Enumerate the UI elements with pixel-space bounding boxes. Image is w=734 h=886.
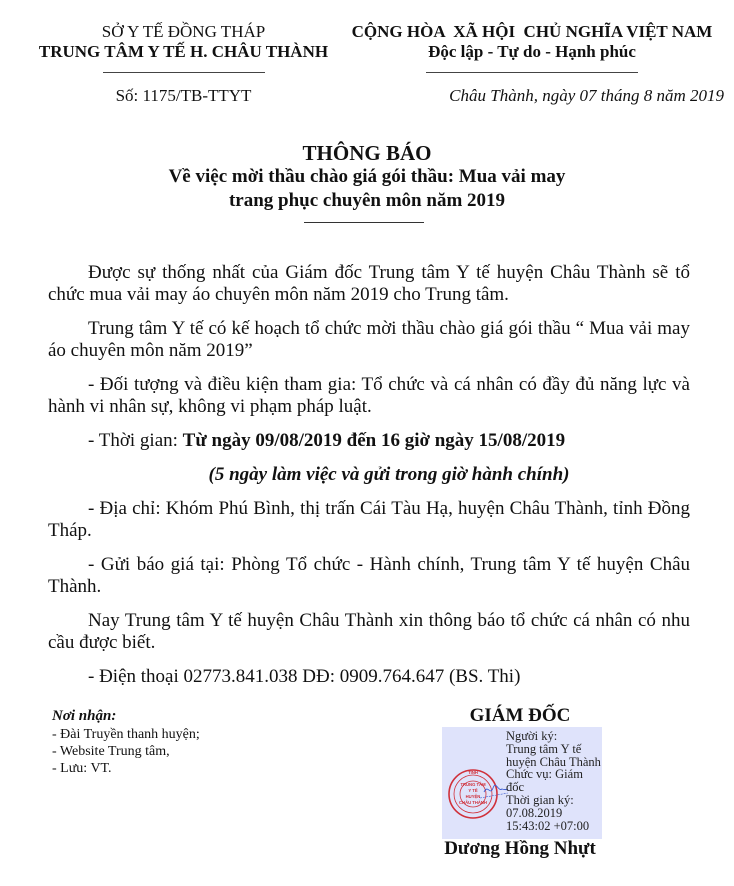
sign-time: 15:43:02 +07:00 bbox=[506, 820, 602, 833]
signer-title: GIÁM ĐỐC bbox=[420, 705, 620, 727]
issuing-agency-header: SỞ Y TẾ ĐỒNG THÁP TRUNG TÂM Y TẾ H. CHÂU… bbox=[0, 22, 367, 73]
position-line: Chức vụ: Giám đốc bbox=[506, 768, 602, 794]
document-date: Châu Thành, ngày 07 tháng 8 năm 2019 bbox=[430, 86, 724, 106]
document-subtitle-line1: Về việc mời thầu chào giá gói thầu: Mua … bbox=[0, 165, 734, 189]
document-number: Số: 1175/TB-TTYT bbox=[0, 86, 367, 106]
time-note: (5 ngày làm việc và gửi trong giờ hành c… bbox=[48, 464, 690, 486]
time-paragraph: - Thời gian: Từ ngày 09/08/2019 đến 16 g… bbox=[48, 430, 690, 452]
document-subtitle-line2: trang phục chuyên môn năm 2019 bbox=[0, 189, 734, 213]
header-divider bbox=[103, 72, 265, 73]
time-value: Từ ngày 09/08/2019 đến 16 giờ ngày 15/08… bbox=[183, 430, 565, 451]
sign-date: 07.08.2019 bbox=[506, 807, 602, 820]
document-title-block: THÔNG BÁO Về việc mời thầu chào giá gói … bbox=[0, 141, 734, 223]
signer-org: Trung tâm Y tế huyện Châu Thành bbox=[506, 743, 602, 769]
signer-label: Người ký: bbox=[506, 730, 602, 743]
signature-details: Người ký: Trung tâm Y tế huyện Châu Thàn… bbox=[506, 730, 602, 832]
recipients-block: Nơi nhận: - Đài Truyền thanh huyện; - We… bbox=[52, 708, 302, 777]
recipients-heading: Nơi nhận: bbox=[52, 708, 302, 725]
body-paragraph: - Gửi báo giá tại: Phòng Tổ chức - Hành … bbox=[48, 554, 690, 598]
title-divider bbox=[304, 222, 424, 223]
signer-name: Dương Hồng Nhựt bbox=[420, 838, 620, 860]
document-title: THÔNG BÁO bbox=[0, 141, 734, 165]
phone-paragraph: - Điện thoại 02773.841.038 DĐ: 0909.764.… bbox=[48, 666, 690, 688]
recipient-item: - Lưu: VT. bbox=[52, 760, 302, 777]
motto-divider bbox=[426, 72, 638, 73]
sign-time-label: Thời gian ký: bbox=[506, 794, 602, 807]
body-paragraph: - Địa chỉ: Khóm Phú Bình, thị trấn Cái T… bbox=[48, 498, 690, 542]
body-paragraph: Được sự thống nhất của Giám đốc Trung tâ… bbox=[48, 262, 690, 306]
recipient-item: - Đài Truyền thanh huyện; bbox=[52, 726, 302, 743]
body-paragraph: Nay Trung tâm Y tế huyện Châu Thành xin … bbox=[48, 610, 690, 654]
svg-text:CHÂU THÀNH: CHÂU THÀNH bbox=[459, 800, 487, 805]
time-label: - Thời gian: bbox=[88, 430, 183, 451]
center-name: TRUNG TÂM Y TẾ H. CHÂU THÀNH bbox=[0, 42, 367, 62]
department-name: SỞ Y TẾ ĐỒNG THÁP bbox=[0, 22, 367, 42]
svg-text:HUYỆN: HUYỆN bbox=[466, 794, 481, 799]
document-body: Được sự thống nhất của Giám đốc Trung tâ… bbox=[48, 262, 690, 700]
national-header: CỘNG HÒA XÃ HỘI CHỦ NGHĨA VIỆT NAM Độc l… bbox=[330, 22, 734, 73]
svg-text:TỈNH: TỈNH bbox=[468, 770, 478, 775]
svg-text:TRUNG TÂM: TRUNG TÂM bbox=[460, 782, 486, 787]
body-paragraph: - Đối tượng và điều kiện tham gia: Tổ ch… bbox=[48, 374, 690, 418]
body-paragraph: Trung tâm Y tế có kế hoạch tổ chức mời t… bbox=[48, 318, 690, 362]
national-motto: Độc lập - Tự do - Hạnh phúc bbox=[330, 42, 734, 62]
svg-text:Y TẾ: Y TẾ bbox=[468, 788, 477, 793]
recipient-item: - Website Trung tâm, bbox=[52, 743, 302, 760]
national-title: CỘNG HÒA XÃ HỘI CHỦ NGHĨA VIỆT NAM bbox=[330, 22, 734, 42]
